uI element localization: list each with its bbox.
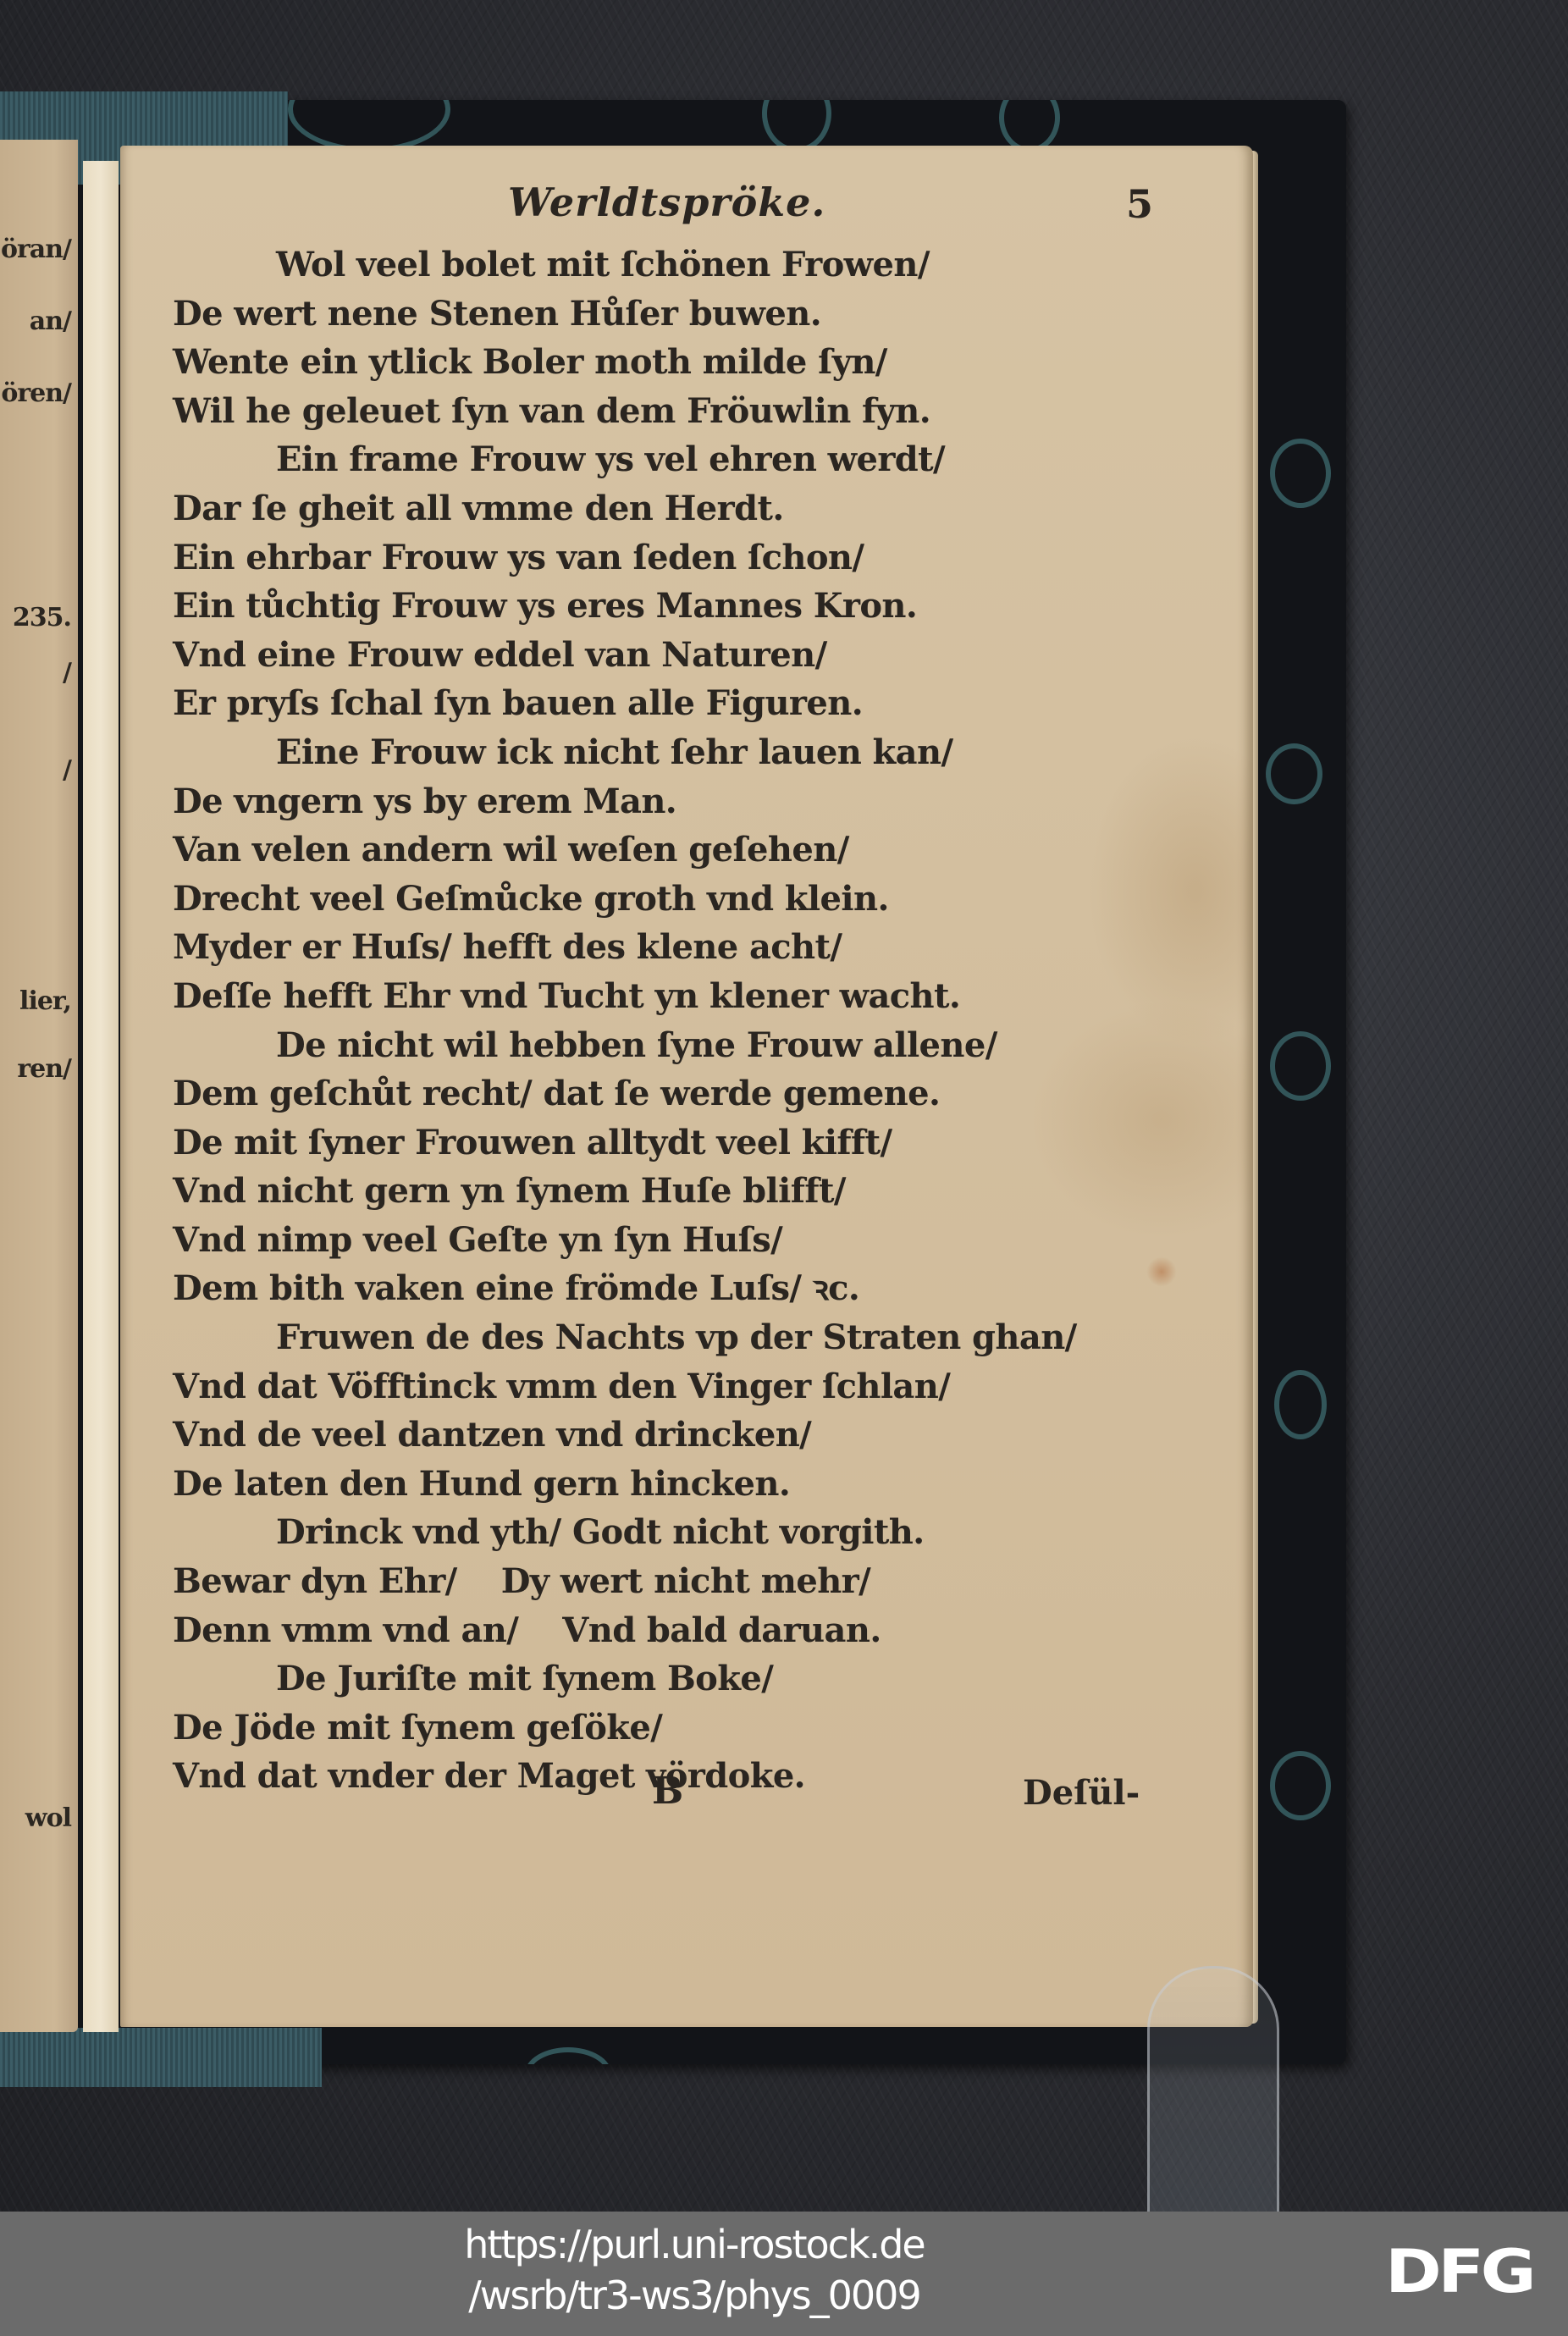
page-number: 5 — [1126, 181, 1153, 227]
verse-line-text: Van velen andern wil weſen geſehen/ — [173, 830, 849, 870]
permalink-line-1[interactable]: https://purl.uni-rostock.de — [0, 2222, 1389, 2267]
verse-line: Dem geſchůt recht/ dat ſe werde gemene. — [173, 1069, 1231, 1118]
verse-line-text: De vngern ys by erem Man. — [173, 781, 676, 821]
verse-line-text: Wente ein ytlick Boler moth milde ſyn/ — [173, 342, 887, 382]
verse-line: De nicht wil hebben ſyne Frouw allene/ — [173, 1021, 1231, 1070]
verse-line-text: Vnd eine Frouw eddel van Naturen/ — [173, 635, 827, 675]
verse-line-text: Er pryſs ſchal ſyn bauen alle Figuren. — [173, 683, 863, 723]
verse-line-text: Drecht veel Geſmůcke groth vnd klein. — [173, 879, 889, 919]
verse-line-text: Wol veel bolet mit ſchönen Frowen/ — [276, 245, 930, 284]
previous-page-text-fragment: 235. — [13, 603, 71, 632]
verse-line: Vnd eine Frouw eddel van Naturen/ — [173, 631, 1231, 680]
verse-line-text: Eine Frouw ick nicht ſehr lauen kan/ — [276, 732, 952, 772]
plastic-page-clip — [1147, 1966, 1279, 2214]
verse-line: Deſſe hefft Ehr vnd Tucht yn klener wach… — [173, 972, 1231, 1021]
previous-page-text-fragment: ren/ — [17, 1054, 71, 1084]
verse-line-text: De laten den Hund gern hincken. — [173, 1464, 790, 1504]
verse-line-text: Denn vmm vnd an/ — [173, 1610, 518, 1650]
previous-page-text-fragment: / — [63, 755, 71, 785]
verse-line: Wol veel bolet mit ſchönen Frowen/ — [173, 240, 1231, 290]
verse-line-text: Fruwen de des Nachts vp der Straten ghan… — [276, 1317, 1077, 1357]
verse-line-text: Ein ehrbar Frouw ys van ſeden ſchon/ — [173, 538, 864, 577]
verse-line-text: Ein tůchtig Frouw ys eres Mannes Kron. — [173, 586, 917, 626]
verse-line: De wert nene Stenen Hůſer buwen. — [173, 290, 1231, 339]
previous-page-text-fragment: ören/ — [1, 378, 71, 408]
verse-line: Dem bith vaken eine frömde Luſs/ ꝛc. — [173, 1264, 1231, 1313]
verse-line-text: Myder er Huſs/ hefft des klene acht/ — [173, 927, 842, 967]
previous-page-text-fragment: lier, — [19, 986, 71, 1016]
previous-page-text-fragment: an/ — [30, 306, 71, 336]
spine-cloth-bottom — [0, 2028, 322, 2087]
verse-line-text: Drinck vnd yth/ Godt nicht vorgith. — [276, 1512, 925, 1552]
verse-line: Wente ein ytlick Boler moth milde ſyn/ — [173, 338, 1231, 387]
verse-line-text: Vnd de veel dantzen vnd drincken/ — [173, 1415, 811, 1455]
verse-line-text: Wil he geleuet ſyn van dem Fröuwlin fyn. — [173, 391, 930, 431]
verse-line-text: Ein frame Frouw ys vel ehren werdt/ — [276, 439, 945, 479]
permalink-line-2[interactable]: /wsrb/tr3-ws3/phys_0009 — [0, 2272, 1389, 2318]
verse-line: Myder er Huſs/ hefft des klene acht/ — [173, 923, 1231, 972]
verse-line-text: Dar ſe gheit all vmme den Herdt. — [173, 489, 784, 528]
verse-line-text: De Jöde mit ſynem geſöke/ — [173, 1708, 662, 1748]
verse-line-text: De mit ſyner Frouwen alltydt veel kifft/ — [173, 1123, 892, 1162]
verse-line-text: Vnd nicht gern yn ſynem Huſe blifft/ — [173, 1171, 846, 1211]
verse-line: Er pryſs ſchal ſyn bauen alle Figuren. — [173, 679, 1231, 728]
verse-line: De Juriſte mit ſynem Boke/ — [173, 1654, 1231, 1704]
verse-line-text: Dem bith vaken eine frömde Luſs/ ꝛc. — [173, 1268, 859, 1308]
verse-line-text: Vnd dat vnder der Maget vördoke. — [173, 1756, 805, 1796]
verse-line-text: Vnd dat Vöfftinck vmm den Vinger ſchlan/ — [173, 1367, 950, 1406]
catchword: Deſül- — [1023, 1773, 1140, 1813]
verse-line: Eine Frouw ick nicht ſehr lauen kan/ — [173, 728, 1231, 777]
verse-line: Vnd de veel dantzen vnd drincken/ — [173, 1411, 1231, 1460]
previous-page-text-fragment: öran/ — [1, 235, 71, 264]
verse-line: Drinck vnd yth/ Godt nicht vorgith. — [173, 1508, 1231, 1557]
verse-line: De Jöde mit ſynem geſöke/ — [173, 1704, 1231, 1753]
previous-page-text-fragment: wol — [25, 1803, 71, 1833]
verse-line: Fruwen de des Nachts vp der Straten ghan… — [173, 1313, 1231, 1362]
book-page: Werldtspröke. 5 Wol veel bolet mit ſchön… — [120, 146, 1253, 2027]
verse-line-text: De wert nene Stenen Hůſer buwen. — [173, 294, 821, 334]
verse-line-text: Vnd nimp veel Geſte yn ſyn Huſs/ — [173, 1220, 782, 1260]
verse-line-text: De Juriſte mit ſynem Boke/ — [276, 1659, 773, 1698]
verse-line: Van velen andern wil weſen geſehen/ — [173, 826, 1231, 875]
previous-page-text-fragment: / — [63, 658, 71, 688]
verse-line: De laten den Hund gern hincken. — [173, 1460, 1231, 1509]
verse-line: Bewar dyn Ehr/Dy wert nicht mehr/ — [173, 1557, 1231, 1606]
verse-text-block: Wol veel bolet mit ſchönen Frowen/De wer… — [173, 240, 1231, 1801]
verse-line: Dar ſe gheit all vmme den Herdt. — [173, 484, 1231, 533]
verse-line: Vnd nicht gern yn ſynem Huſe blifft/ — [173, 1167, 1231, 1216]
verse-line: De mit ſyner Frouwen alltydt veel kifft/ — [173, 1118, 1231, 1168]
verse-line: Wil he geleuet ſyn van dem Fröuwlin fyn. — [173, 387, 1231, 436]
verse-line: De vngern ys by erem Man. — [173, 777, 1231, 826]
verse-line-text: Dem geſchůt recht/ dat ſe werde gemene. — [173, 1074, 940, 1113]
verse-line: Denn vmm vnd an/Vnd bald daruan. — [173, 1606, 1231, 1655]
verse-line-second-column: Dy wert nicht mehr/ — [501, 1557, 870, 1606]
previous-page-edge: öran/an/ören/235.//lier,ren/wol — [0, 140, 78, 2032]
running-title: Werldtspröke. — [508, 179, 825, 225]
verse-line-text: Bewar dyn Ehr/ — [173, 1561, 457, 1601]
verse-line: Vnd nimp veel Geſte yn ſyn Huſs/ — [173, 1216, 1231, 1265]
verse-line: Vnd dat Vöfftinck vmm den Vinger ſchlan/ — [173, 1362, 1231, 1411]
verse-line: Ein frame Frouw ys vel ehren werdt/ — [173, 435, 1231, 484]
footer-bar: https://purl.uni-rostock.de /wsrb/tr3-ws… — [0, 2212, 1568, 2336]
binding-gutter-strip — [83, 161, 119, 2032]
verse-line: Ein tůchtig Frouw ys eres Mannes Kron. — [173, 582, 1231, 631]
verse-line-text: De nicht wil hebben ſyne Frouw allene/ — [276, 1025, 997, 1065]
signature-mark: B — [652, 1770, 683, 1813]
verse-line: Drecht veel Geſmůcke groth vnd klein. — [173, 875, 1231, 924]
running-head: Werldtspröke. 5 — [120, 179, 1253, 239]
verse-line-text: Deſſe hefft Ehr vnd Tucht yn klener wach… — [173, 976, 960, 1016]
verse-line: Ein ehrbar Frouw ys van ſeden ſchon/ — [173, 533, 1231, 583]
verse-line-second-column: Vnd bald daruan. — [562, 1606, 881, 1655]
dfg-logo: DFG — [1385, 2237, 1532, 2306]
